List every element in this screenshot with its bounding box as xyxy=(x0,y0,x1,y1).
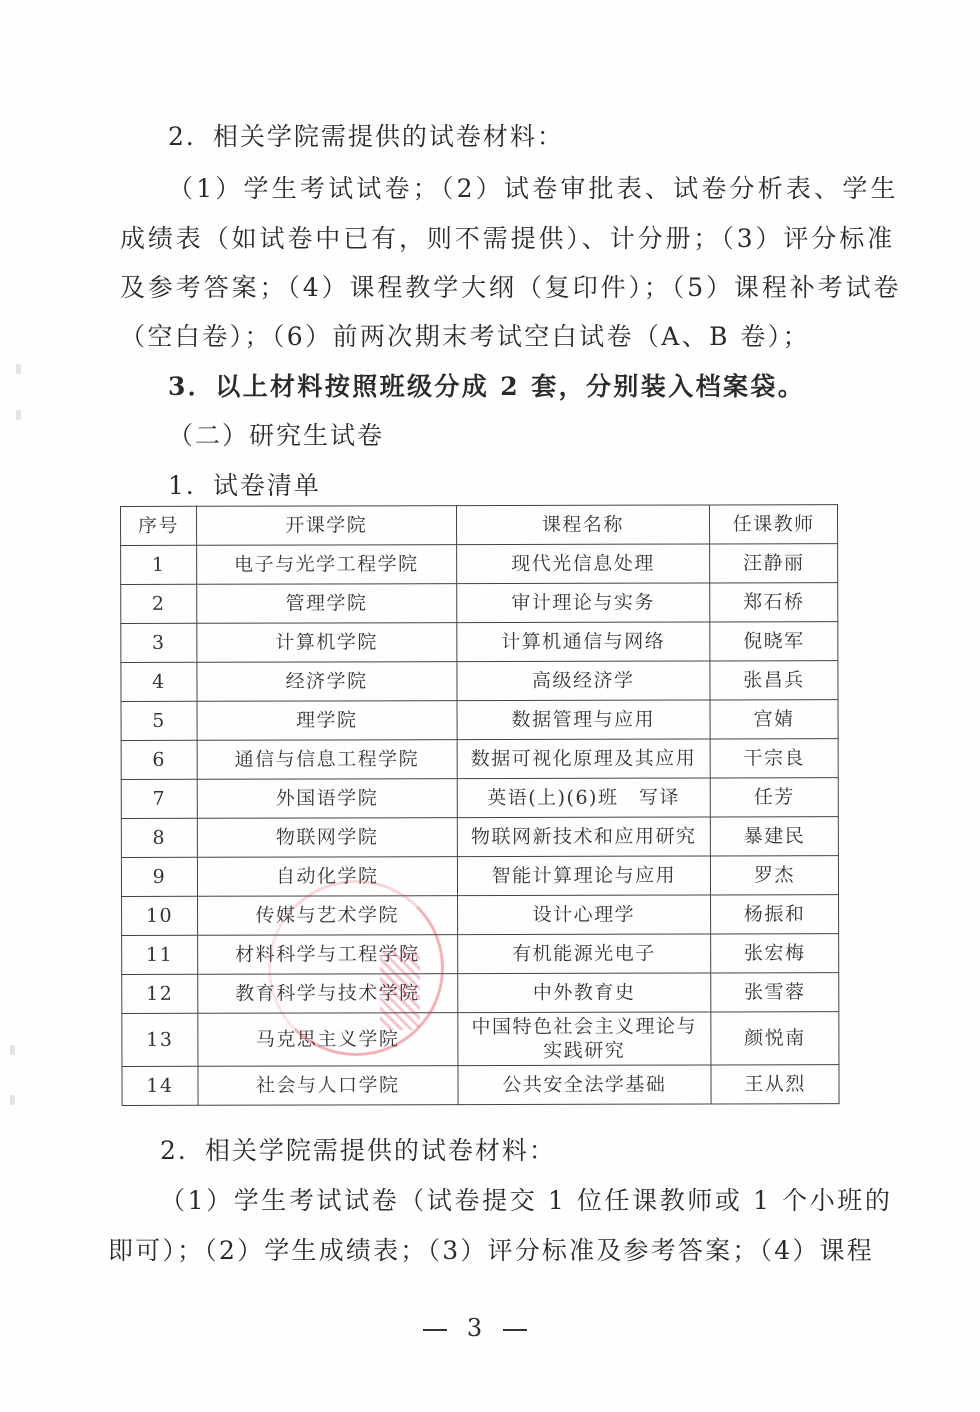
table-row: 3 计算机学院 计算机通信与网络 倪晓军 xyxy=(121,622,838,663)
cell-course: 设计心理学 xyxy=(457,895,711,935)
table-row: 8 物联网学院 物联网新技术和应用研究 暴建民 xyxy=(121,817,838,858)
table-row: 11 材料科学与工程学院 有机能源光电子 张宏梅 xyxy=(122,934,839,975)
exam-list-table: 序号 开课学院 课程名称 任课教师 1 电子与光学工程学院 现代光信息处理 汪静… xyxy=(120,504,840,1106)
cell-college: 外国语学院 xyxy=(197,779,457,819)
dash-left xyxy=(423,1329,447,1331)
grad-section-heading: （二）研究生试卷 xyxy=(168,421,384,451)
cell-course: 高级经济学 xyxy=(456,661,710,701)
course-line-1: 中国特色社会主义理论与 xyxy=(462,1014,707,1039)
exam-list-heading: 1．试卷清单 xyxy=(168,471,321,501)
cell-no: 11 xyxy=(122,935,198,974)
cell-course: 计算机通信与网络 xyxy=(456,622,710,662)
cell-course: 中外教育史 xyxy=(457,973,711,1013)
undergrad-materials-heading: 2．相关学院需提供的试卷材料： xyxy=(168,122,564,152)
header-college: 开课学院 xyxy=(196,506,456,546)
cell-no: 10 xyxy=(122,896,198,935)
course-line-2: 实践研究 xyxy=(462,1038,707,1063)
table-row: 9 自动化学院 智能计算理论与应用 罗杰 xyxy=(121,856,838,897)
table-row: 5 理学院 数据管理与应用 宫婧 xyxy=(121,700,838,741)
cell-no: 14 xyxy=(122,1066,198,1105)
cell-college: 社会与人口学院 xyxy=(198,1066,458,1106)
page-number-value: 3 xyxy=(467,1314,483,1342)
cell-teacher: 王从烈 xyxy=(711,1065,839,1104)
cell-no: 7 xyxy=(121,779,197,818)
table-row: 13 马克思主义学院 中国特色社会主义理论与 实践研究 颜悦南 xyxy=(122,1012,839,1067)
cell-no: 6 xyxy=(121,740,197,779)
cell-teacher: 颜悦南 xyxy=(711,1012,839,1065)
table-row: 1 电子与光学工程学院 现代光信息处理 汪静丽 xyxy=(121,544,838,585)
cell-course: 物联网新技术和应用研究 xyxy=(457,817,711,857)
dash-right xyxy=(503,1329,527,1331)
cell-college: 马克思主义学院 xyxy=(198,1013,458,1067)
cell-no: 2 xyxy=(121,584,197,623)
paragraph-line: 及参考答案；（4）课程教学大纲（复印件）；（5）课程补考试卷 xyxy=(120,273,901,303)
cell-college: 材料科学与工程学院 xyxy=(198,935,458,975)
cell-course: 审计理论与实务 xyxy=(456,583,710,623)
cell-no: 1 xyxy=(121,545,197,584)
paragraph-line: （空白卷）；（6）前两次期末考试空白试卷（A、B 卷）； xyxy=(120,322,810,352)
margin-mark xyxy=(16,364,21,374)
cell-teacher: 倪晓军 xyxy=(710,622,838,661)
header-teacher: 任课教师 xyxy=(710,505,838,544)
cell-teacher: 杨振和 xyxy=(711,895,839,934)
packaging-instruction: 3．以上材料按照班级分成 2 套，分别装入档案袋。 xyxy=(168,372,805,402)
page-number: 3 xyxy=(0,1314,950,1342)
table-row: 14 社会与人口学院 公共安全法学基础 王从烈 xyxy=(122,1065,839,1106)
cell-course: 数据管理与应用 xyxy=(457,700,711,740)
cell-course: 现代光信息处理 xyxy=(456,544,710,584)
cell-teacher: 干宗良 xyxy=(710,739,838,778)
header-no: 序号 xyxy=(121,506,197,545)
paragraph-line: （1）学生考试试卷（试卷提交 1 位任课教师或 1 个小班的 xyxy=(160,1186,893,1216)
margin-mark xyxy=(10,1045,15,1055)
cell-college: 自动化学院 xyxy=(197,857,457,897)
cell-teacher: 宫婧 xyxy=(710,700,838,739)
cell-college: 通信与信息工程学院 xyxy=(197,740,457,780)
cell-college: 管理学院 xyxy=(197,584,457,624)
table-row: 6 通信与信息工程学院 数据可视化原理及其应用 干宗良 xyxy=(121,739,838,780)
cell-teacher: 张雪蓉 xyxy=(711,973,839,1012)
cell-teacher: 暴建民 xyxy=(710,817,838,856)
cell-college: 教育科学与技术学院 xyxy=(198,974,458,1014)
cell-no: 3 xyxy=(121,623,197,662)
paragraph-line: 成绩表（如试卷中已有，则不需提供）、计分册；（3）评分标准 xyxy=(120,224,895,254)
cell-teacher: 张宏梅 xyxy=(711,934,839,973)
cell-college: 传媒与艺术学院 xyxy=(197,896,457,936)
cell-no: 5 xyxy=(121,701,197,740)
cell-college: 理学院 xyxy=(197,701,457,741)
table-row: 2 管理学院 审计理论与实务 郑石桥 xyxy=(121,583,838,624)
paragraph-line: （1）学生考试试卷；（2）试卷审批表、试卷分析表、学生 xyxy=(168,174,899,204)
header-course: 课程名称 xyxy=(456,505,710,545)
table-header-row: 序号 开课学院 课程名称 任课教师 xyxy=(121,505,838,546)
cell-college: 计算机学院 xyxy=(197,623,457,663)
margin-mark xyxy=(16,410,21,420)
paragraph-line: 即可）；（2）学生成绩表；（3）评分标准及参考答案；（4）课程 xyxy=(108,1236,874,1266)
cell-college: 电子与光学工程学院 xyxy=(197,545,457,585)
cell-no: 12 xyxy=(122,974,198,1013)
document-page: 2．相关学院需提供的试卷材料： （1）学生考试试卷；（2）试卷审批表、试卷分析表… xyxy=(0,0,980,1412)
cell-teacher: 任芳 xyxy=(710,778,838,817)
cell-no: 13 xyxy=(122,1013,198,1066)
margin-mark xyxy=(10,1095,15,1105)
cell-course: 数据可视化原理及其应用 xyxy=(457,739,711,779)
cell-no: 8 xyxy=(121,818,197,857)
grad-materials-heading: 2．相关学院需提供的试卷材料： xyxy=(160,1136,556,1166)
table-row: 12 教育科学与技术学院 中外教育史 张雪蓉 xyxy=(122,973,839,1014)
cell-course: 有机能源光电子 xyxy=(457,934,711,974)
cell-college: 经济学院 xyxy=(197,662,457,702)
cell-teacher: 汪静丽 xyxy=(710,544,838,583)
cell-course: 中国特色社会主义理论与 实践研究 xyxy=(457,1012,711,1066)
table-row: 7 外国语学院 英语(上)(6)班 写译 任芳 xyxy=(121,778,838,819)
cell-course: 智能计算理论与应用 xyxy=(457,856,711,896)
table-row: 4 经济学院 高级经济学 张昌兵 xyxy=(121,661,838,702)
cell-teacher: 郑石桥 xyxy=(710,583,838,622)
cell-course: 英语(上)(6)班 写译 xyxy=(457,778,711,818)
cell-teacher: 张昌兵 xyxy=(710,661,838,700)
table-row: 10 传媒与艺术学院 设计心理学 杨振和 xyxy=(122,895,839,936)
cell-course: 公共安全法学基础 xyxy=(457,1065,711,1105)
cell-college: 物联网学院 xyxy=(197,818,457,858)
cell-no: 4 xyxy=(121,662,197,701)
cell-teacher: 罗杰 xyxy=(711,856,839,895)
cell-no: 9 xyxy=(121,857,197,896)
